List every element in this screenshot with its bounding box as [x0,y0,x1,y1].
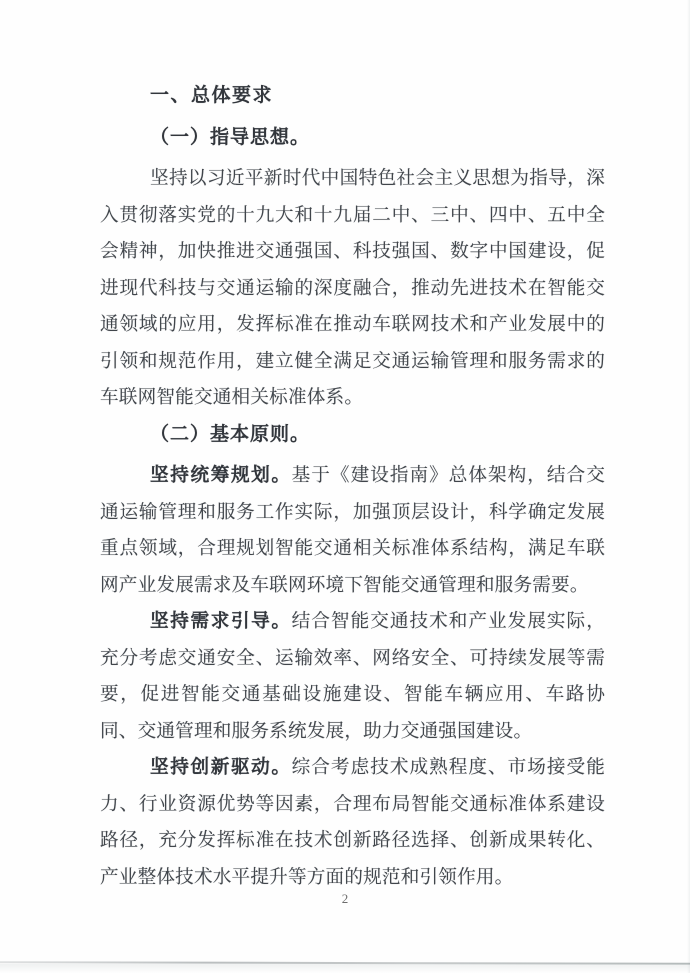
document-page: 一、总体要求 （一）指导思想。 坚持以习近平新时代中国特色社会主义思想为指导，深… [0,0,690,973]
paragraph-demand-guidance: 坚持需求引导。结合智能交通技术和产业发展实际，充分考虑交通安全、运输效率、网络安… [100,604,605,750]
document-content: 一、总体要求 （一）指导思想。 坚持以习近平新时代中国特色社会主义思想为指导，深… [100,78,605,896]
paragraph-lead-overall-planning: 坚持统筹规划。 [150,465,292,486]
paragraph-guiding-ideology: 坚持以习近平新时代中国特色社会主义思想为指导，深入贯彻落实党的十九大和十九届二中… [100,161,605,417]
paragraph-overall-planning: 坚持统筹规划。基于《建设指南》总体架构，结合交通运输管理和服务工作实际，加强顶层… [100,458,605,604]
section-title-overall-requirements: 一、总体要求 [100,78,605,115]
scan-bottom-shading [0,964,690,973]
heading-basic-principles: （二）基本原则。 [100,417,605,454]
paragraph-lead-demand-guidance: 坚持需求引导。 [150,611,292,632]
paragraph-lead-innovation-driven: 坚持创新驱动。 [150,757,292,778]
paragraph-innovation-driven: 坚持创新驱动。综合考虑技术成熟程度、市场接受能力、行业资源优势等因素，合理布局智… [100,750,605,896]
page-number: 2 [0,891,690,907]
heading-guiding-ideology: （一）指导思想。 [100,120,605,157]
